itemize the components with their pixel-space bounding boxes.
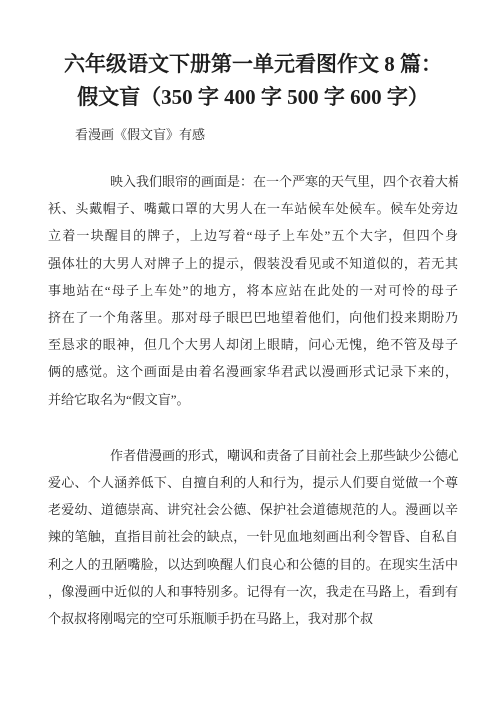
document-subtitle: 看漫画《假文盲》有感 [75, 126, 460, 144]
text-line: 辣的笔触，直指目前社会的缺点，一针见血地刻画出利令智昏、自私自 [48, 523, 458, 550]
text-line: 并给它取名为“假文盲”。 [48, 386, 458, 413]
document-page: 六年级语文下册第一单元看图作文 8 篇： 假文盲（350 字 400 字 500… [0, 0, 500, 708]
text-line: 挤在了一个角落里。那对母子眼巴巴地望着他们，向他们投来期盼乃 [48, 304, 458, 331]
text-line: 俩的感觉。这个画面是由着名漫画家华君武以漫画形式记录下来的， [48, 358, 458, 385]
paragraph-1: 映入我们眼帘的画面是：在一个严寒的天气里，四个衣着大棉 袄、头戴帽子、嘴戴口罩的… [48, 168, 458, 413]
text-line: 利之人的丑陋嘴脸，以达到唤醒人们良心和公德的目的。在现实生活中 [48, 551, 458, 578]
text-line: 事地站在“母子上车处”的地方，将本应站在此处的一对可怜的母子 [48, 277, 458, 304]
text-line: 映入我们眼帘的画面是：在一个严寒的天气里，四个衣着大棉 [48, 168, 458, 195]
text-line: 袄、头戴帽子、嘴戴口罩的大男人在一车站候车处候车。候车处旁边 [48, 195, 458, 222]
text-line: ，像漫画中近似的人和事特别多。记得有一次，我走在马路上，看到有 [48, 578, 458, 605]
text-line: 老爱幼、道德崇高、讲究社会公德、保护社会道德规范的人。漫画以辛 [48, 496, 458, 523]
paragraph-2: 作者借漫画的形式，嘲讽和责备了目前社会上那些缺少公德心和 爱心、个人涵养低下、自… [48, 442, 458, 632]
text-line: 爱心、个人涵养低下、自擅自利的人和行为，提示人们要自觉做一个尊 [48, 469, 458, 496]
text-line: 强体壮的大男人对牌子上的提示，假装没看见或不知道似的，若无其 [48, 250, 458, 277]
text-line: 个叔叔将刚喝完的空可乐瓶顺手扔在马路上，我对那个叔 [48, 605, 458, 632]
title-line-2: 假文盲（350 字 400 字 500 字 600 字） [48, 81, 458, 114]
title-line-1: 六年级语文下册第一单元看图作文 8 篇： [48, 48, 458, 81]
document-title: 六年级语文下册第一单元看图作文 8 篇： 假文盲（350 字 400 字 500… [48, 48, 458, 114]
text-line: 至恳求的眼神，但几个大男人却闭上眼睛，问心无愧，绝不管及母子 [48, 331, 458, 358]
text-line: 作者借漫画的形式，嘲讽和责备了目前社会上那些缺少公德心和 [48, 442, 458, 469]
text-line: 立着一块醒目的牌子，上边写着“母子上车处”五个大字，但四个身 [48, 222, 458, 249]
